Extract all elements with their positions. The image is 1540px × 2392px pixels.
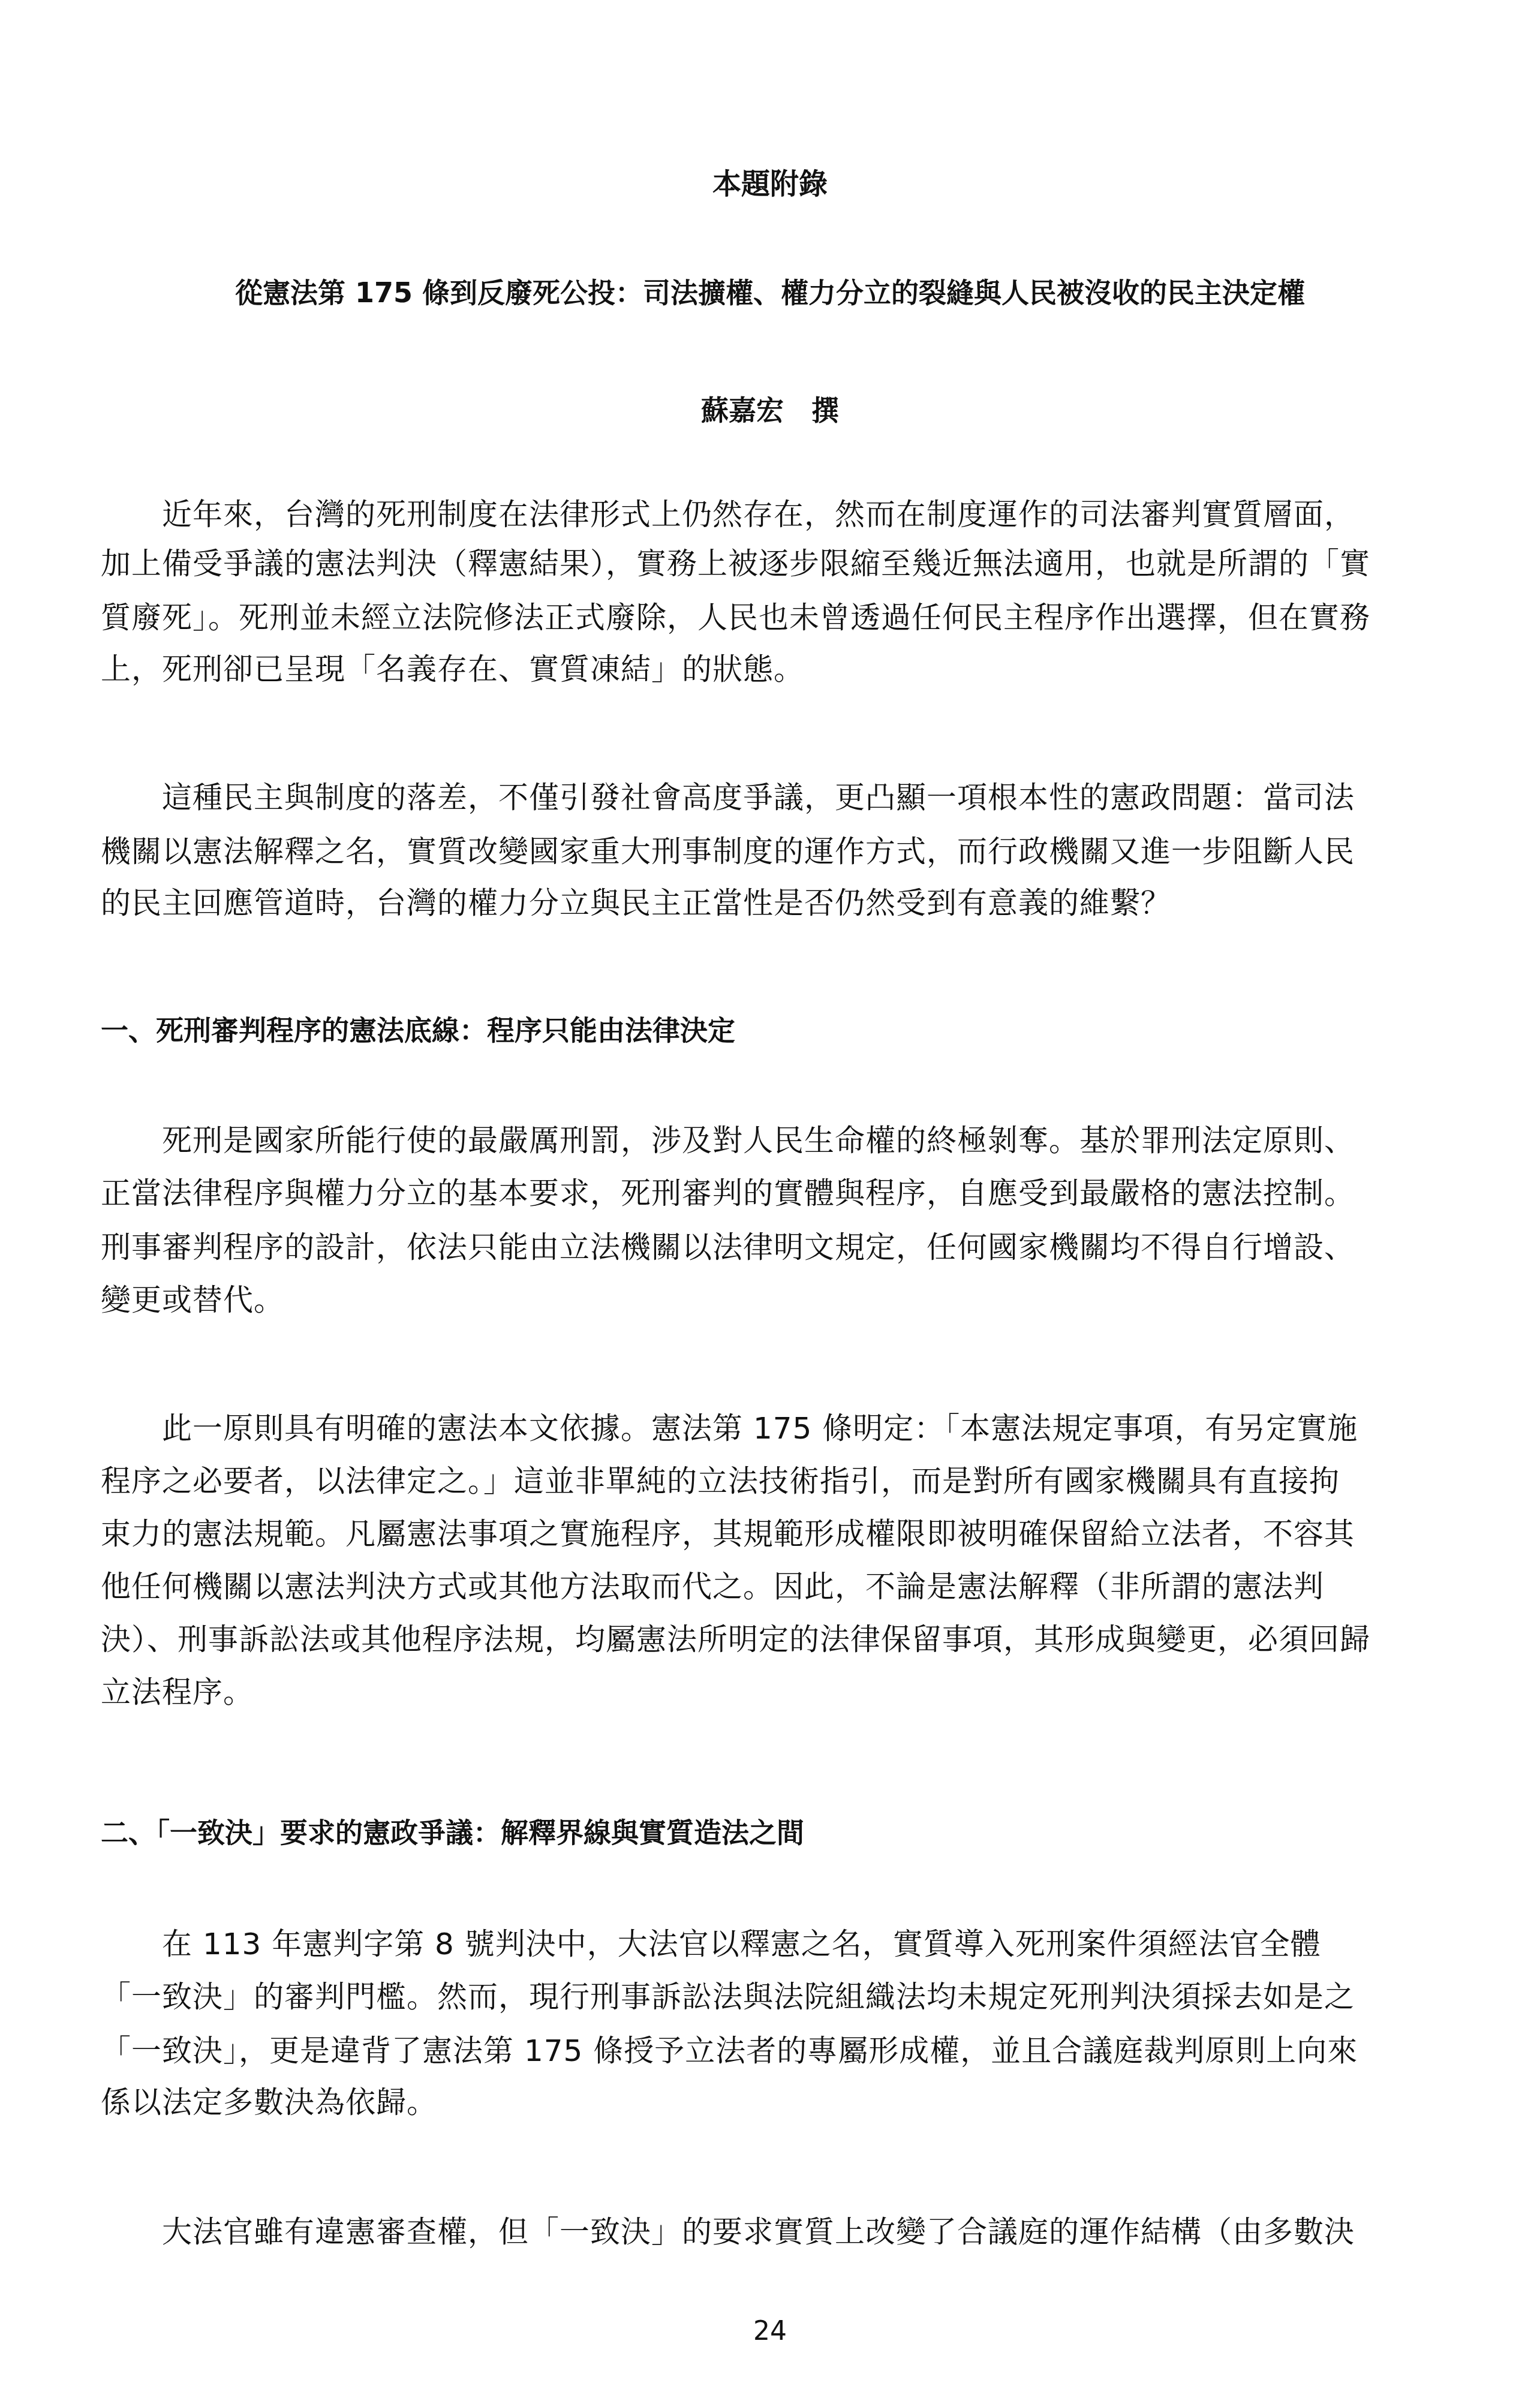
page-number: 24 [0, 2316, 1540, 2346]
paragraph-line: 這種民主與制度的落差，不僅引發社會高度爭議，更凸顯一項根本性的憲政問題：當司法 [162, 780, 1355, 816]
paragraph-line: 決）、刑事訴訟法或其他程序法規，均屬憲法所明定的法律保留事項，其形成與變更，必須… [101, 1621, 1370, 1657]
paragraph-line: 立法程序。 [101, 1674, 254, 1710]
document-page: 本題附錄 從憲法第 175 條到反廢死公投：司法擴權、權力分立的裂縫與人民被沒收… [0, 0, 1540, 2392]
paragraph-line: 束力的憲法規範。凡屬憲法事項之實施程序，其規範形成權限即被明確保留給立法者，不容… [101, 1516, 1355, 1552]
paragraph-line: 在 113 年憲判字第 8 號判決中，大法官以釋憲之名，實質導入死刑案件須經法官… [162, 1926, 1321, 1962]
paragraph-line: 「一致決」的審判門檻。然而，現行刑事訴訟法與法院組織法均未規定死刑判決須採去如是… [101, 1979, 1355, 2015]
paragraph-line: 正當法律程序與權力分立的基本要求，死刑審判的實體與程序，自應受到最嚴格的憲法控制… [101, 1175, 1355, 1211]
paragraph-line: 質廢死」。死刑並未經立法院修法正式廢除，人民也未曾透過任何民主程序作出選擇，但在… [101, 600, 1370, 636]
paragraph-line: 機關以憲法解釋之名，實質改變國家重大刑事制度的運作方式，而行政機關又進一步阻斷人… [101, 834, 1355, 869]
author-line: 蘇嘉宏 撰 [0, 389, 1540, 428]
paragraph-line: 大法官雖有違憲審查權，但「一致決」的要求實質上改變了合議庭的運作結構（由多數決 [162, 2214, 1355, 2250]
paragraph-line: 的民主回應管道時，台灣的權力分立與民主正當性是否仍然受到有意義的維繫？ [101, 885, 1171, 921]
paragraph-line: 「一致決」，更是違背了憲法第 175 條授予立法者的專屬形成權，並且合議庭裁判原… [101, 2033, 1358, 2069]
paragraph-line: 此一原則具有明確的憲法本文依據。憲法第 175 條明定：「本憲法規定事項，有另定… [162, 1410, 1358, 1446]
paragraph-line: 死刑是國家所能行使的最嚴厲刑罰，涉及對人民生命權的終極剝奪。基於罪刑法定原則、 [162, 1123, 1355, 1159]
document-title: 從憲法第 175 條到反廢死公投：司法擴權、權力分立的裂縫與人民被沒收的民主決定… [0, 271, 1540, 311]
paragraph-line: 他任何機關以憲法判決方式或其他方法取而代之。因此，不論是憲法解釋（非所謂的憲法判 [101, 1569, 1324, 1605]
paragraph-line: 上，死刑卻已呈現「名義存在、實質凍結」的狀態。 [101, 651, 804, 687]
paragraph-line: 變更或替代。 [101, 1282, 284, 1318]
section-heading-1: 一、死刑審判程序的憲法底線：程序只能由法律決定 [101, 1012, 735, 1048]
paragraph-line: 程序之必要者，以法律定之。」這並非單純的立法技術指引，而是對所有國家機關具有直接… [101, 1463, 1340, 1499]
section-label: 本題附錄 [0, 161, 1540, 202]
paragraph-line: 加上備受爭議的憲法判決（釋憲結果），實務上被逐步限縮至幾近無法適用，也就是所謂的… [101, 546, 1370, 582]
paragraph-line: 刑事審判程序的設計，依法只能由立法機關以法律明文規定，任何國家機關均不得自行增設… [101, 1229, 1355, 1265]
section-heading-2: 二、「一致決」要求的憲政爭議：解釋界線與實質造法之間 [101, 1815, 804, 1851]
paragraph-line: 近年來，台灣的死刑制度在法律形式上仍然存在，然而在制度運作的司法審判實質層面， [162, 497, 1355, 532]
paragraph-line: 係以法定多數決為依歸。 [101, 2084, 437, 2120]
